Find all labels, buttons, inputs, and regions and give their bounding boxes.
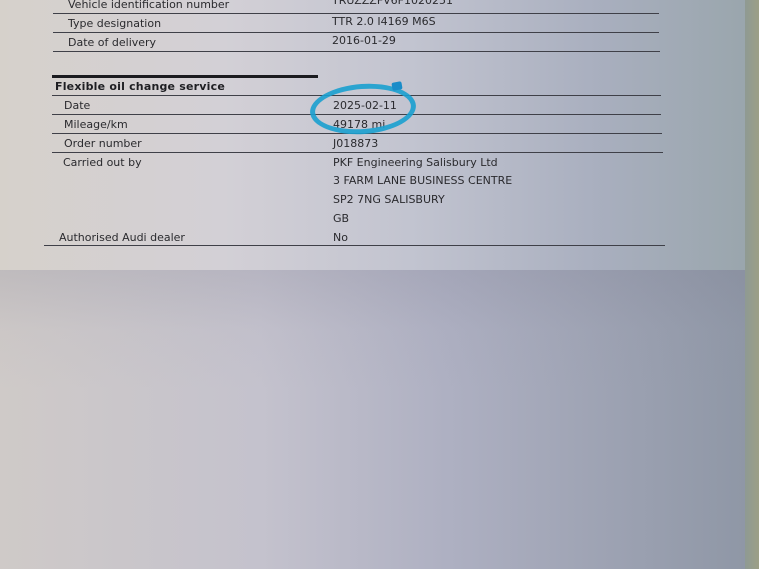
vin-label: Vehicle identification number — [68, 0, 229, 11]
divider — [53, 32, 659, 33]
delivery-date-value: 2016-01-29 — [332, 34, 396, 47]
paper-fold-shadow — [0, 270, 745, 569]
divider — [52, 152, 663, 153]
carried-out-by-label: Carried out by — [63, 156, 142, 169]
authorised-dealer-label: Authorised Audi dealer — [59, 231, 185, 244]
workshop-address-line-1: 3 FARM LANE BUSINESS CENTRE — [333, 174, 512, 187]
vin-value: TRUZZZFV6F1020251 — [332, 0, 453, 7]
pen-stroke-mark — [391, 81, 402, 91]
type-designation-value: TTR 2.0 I4169 M6S — [332, 15, 436, 28]
section-title: Flexible oil change service — [55, 80, 225, 93]
order-number-label: Order number — [64, 137, 142, 150]
section-rule — [52, 75, 318, 78]
service-date-label: Date — [64, 99, 90, 112]
divider — [53, 51, 660, 52]
mileage-label: Mileage/km — [64, 118, 128, 131]
background-edge — [745, 0, 759, 569]
authorised-dealer-value: No — [333, 231, 348, 244]
type-designation-label: Type designation — [68, 17, 161, 30]
divider — [44, 245, 665, 246]
delivery-date-label: Date of delivery — [68, 36, 156, 49]
workshop-country: GB — [333, 212, 349, 225]
workshop-address-line-2: SP2 7NG SALISBURY — [333, 193, 445, 206]
divider — [53, 13, 659, 14]
workshop-name: PKF Engineering Salisbury Ltd — [333, 156, 498, 169]
order-number-value: J018873 — [333, 137, 378, 150]
